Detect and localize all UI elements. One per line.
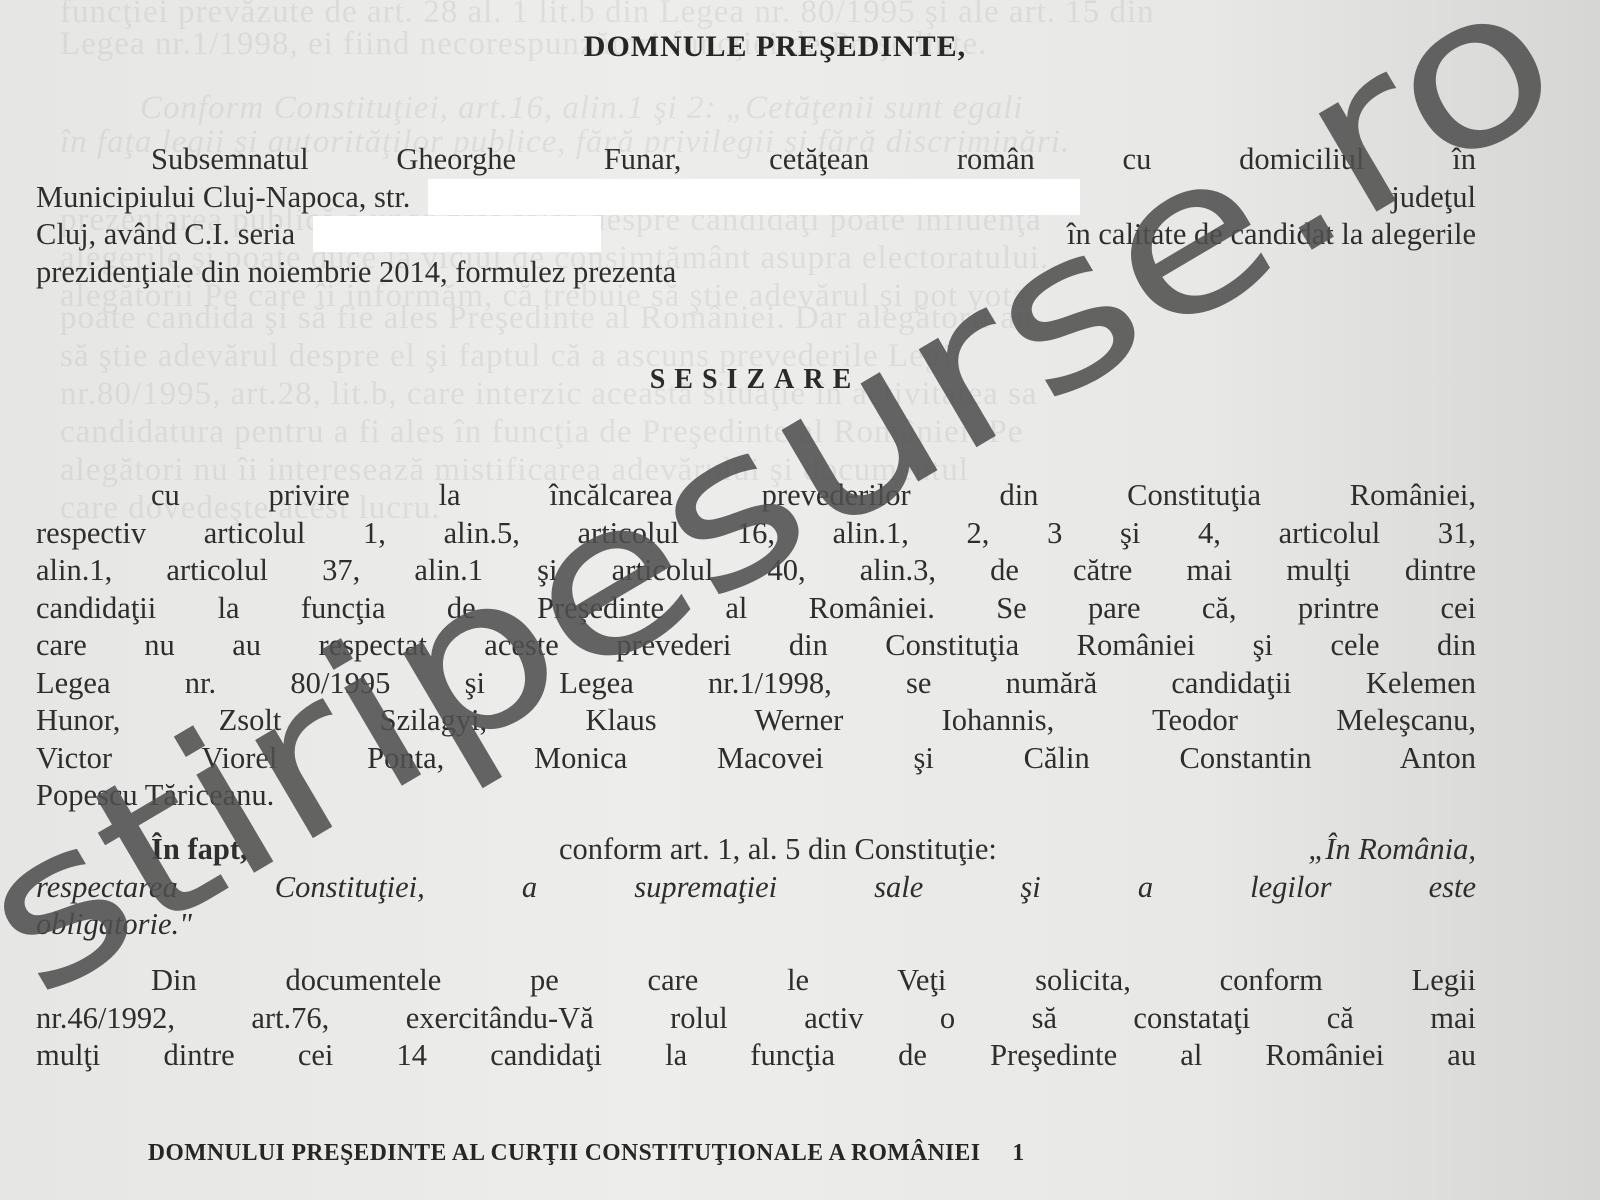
intro-text: judeţul [1391,179,1476,217]
intro-line: Municipiului Cluj-Napoca, str. judeţul [36,179,1476,217]
quote-start: „În România, [1308,831,1476,869]
body-line: cu privire la încălcarea prevederilor di… [36,477,1476,515]
closing-line: Din documentele pe care le Veţi solicita… [36,962,1476,1000]
quote-line: respectarea Constituţiei, a supremaţiei … [36,869,1476,907]
redacted-id-series [313,216,601,252]
intro-line: Subsemnatul Gheorghe Funar, cetăţean rom… [36,141,1476,179]
body-line: Victor Viorel Ponta, Monica Macovei şi C… [36,740,1476,778]
page-number: 1 [1012,1140,1024,1166]
fact-text: conform art. 1, al. 5 din Constituţie: [559,831,997,869]
closing-paragraph: Din documentele pe care le Veţi solicita… [36,962,1476,1075]
intro-text: în calitate de candidat la alegerile [1067,216,1476,254]
body-line: care nu au respectat aceste prevederi di… [36,627,1476,665]
redacted-address [428,179,1080,215]
fact-line: În fapt, conform art. 1, al. 5 din Const… [36,831,1476,869]
intro-text: Cluj, având C.I. seria [36,216,601,254]
body-line: Popescu Tăriceanu. [36,777,1476,815]
document-title: SESIZARE [0,364,1510,396]
bleed-line: funcţiei prevăzute de art. 28 al. 1 lit.… [60,0,1155,31]
intro-paragraph: Subsemnatul Gheorghe Funar, cetăţean rom… [36,141,1476,291]
body-line: candidaţii la funcţia de Preşedinte al R… [36,590,1476,628]
intro-line: Cluj, având C.I. seria în calitate de ca… [36,216,1476,254]
closing-line: nr.46/1992, art.76, exercitându-Vă rolul… [36,1000,1476,1038]
body-line: respectiv articolul 1, alin.5, articolul… [36,515,1476,553]
body-line: Hunor, Zsolt Szilagyi, Klaus Werner Ioha… [36,702,1476,740]
body-line: Legea nr. 80/1995 şi Legea nr.1/1998, se… [36,665,1476,703]
bleed-line: Conform Constituţiei, art.16, alin.1 şi … [140,90,1024,127]
fact-paragraph: În fapt, conform art. 1, al. 5 din Const… [36,831,1476,944]
body-paragraph: cu privire la încălcarea prevederilor di… [36,477,1476,815]
bleed-line: candidatura pentru a fi ales în funcţia … [60,414,1023,451]
fact-lead: În fapt, [151,831,248,869]
body-line: alin.1, articolul 37, alin.1 şi articolu… [36,552,1476,590]
footer-addressee: DOMNULUI PREŞEDINTE AL CURŢII CONSTITUŢI… [148,1140,981,1166]
salutation-heading: DOMNULE PREŞEDINTE, [0,30,1550,64]
intro-line: prezidenţiale din noiembrie 2014, formul… [36,254,1476,292]
document-page: funcţiei prevăzute de art. 28 al. 1 lit.… [0,0,1600,1200]
quote-line: obligatorie." [36,906,1476,944]
page-footer: DOMNULUI PREŞEDINTE AL CURŢII CONSTITUŢI… [148,1140,1025,1167]
bleed-line: poate candida şi să fie ales Preşedinte … [60,300,1034,337]
closing-line: mulţi dintre cei 14 candidaţi la funcţia… [36,1037,1476,1075]
intro-text: Municipiului Cluj-Napoca, str. [36,179,1080,217]
